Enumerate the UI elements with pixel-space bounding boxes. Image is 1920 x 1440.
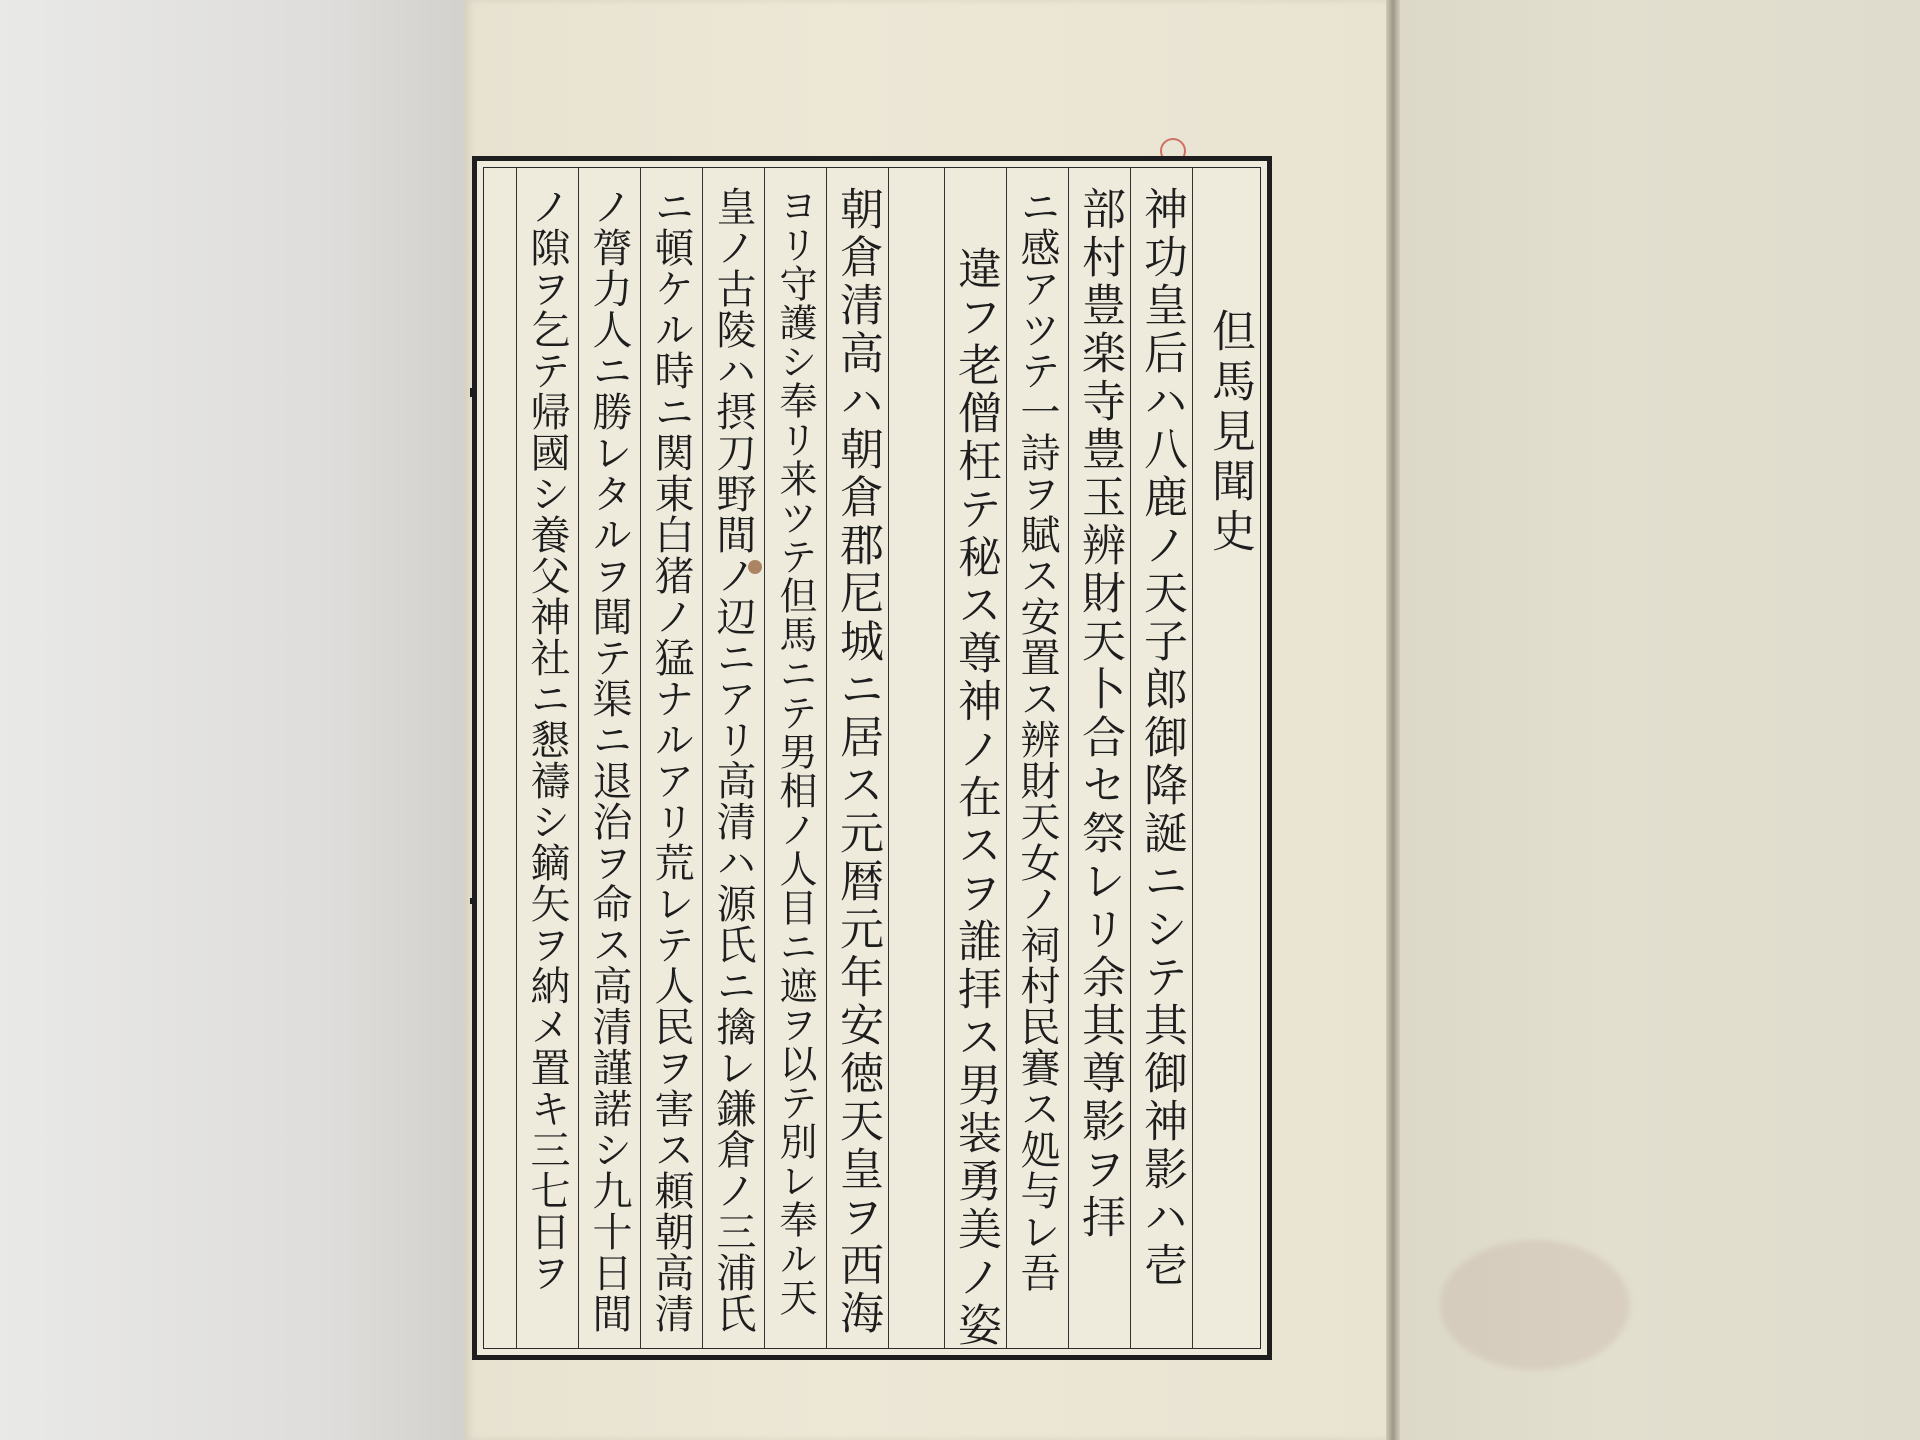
text-frame: 但馬見聞史 神功皇后ハ八鹿ノ天子郎御降誕ニシテ其御神影ハ壱 部村豊楽寺豊玉辨財天… [472,156,1272,1360]
page-title: 但馬見聞史 [1192,168,1260,1348]
blank-column [888,168,944,1348]
text-column-1: 神功皇后ハ八鹿ノ天子郎御降誕ニシテ其御神影ハ壱 [1130,168,1192,1348]
text-column-7: 皇ノ古陵ハ摂刀野間ノ辺ニアリ高清ハ源氏ニ擒レ鎌倉ノ三浦氏 [702,168,764,1348]
text-column-4: 違フ老僧枉テ秘ス尊神ノ在スヲ誰拝ス男装勇美ノ姿 [944,168,1006,1348]
text-column-6: ヨリ守護シ奉リ来ツテ但馬ニテ男相ノ人目ニ遮ヲ以テ別レ奉ル天 [764,168,826,1348]
faded-seal-stamp [1440,1240,1630,1370]
text-column-9: ノ膂力人ニ勝レタルヲ聞テ渠ニ退治ヲ命ス高清謹諾シ九十日間 [578,168,640,1348]
book-gutter [1386,0,1400,1440]
table-surface [0,0,470,1440]
right-page [1400,0,1920,1440]
text-column-8: ニ頓ケル時ニ関東白猪ノ猛ナルアリ荒レテ人民ヲ害ス頼朝高清 [640,168,702,1348]
text-column-2: 部村豊楽寺豊玉辨財天卜合セ祭レリ余其尊影ヲ拝 [1068,168,1130,1348]
text-column-3: ニ感アツテ一詩ヲ賦ス安置ス辨財天女ノ祠村民賽ス処与レ吾 [1006,168,1068,1348]
text-column-5: 朝倉清高ハ朝倉郡尼城ニ居ス元暦元年安徳天皇ヲ西海 [826,168,888,1348]
text-column-10: ノ隙ヲ乞テ帰國シ養父神社ニ懇禱シ鏑矢ヲ納メ置キ三七日ヲ [516,168,578,1348]
text-columns: 但馬見聞史 神功皇后ハ八鹿ノ天子郎御降誕ニシテ其御神影ハ壱 部村豊楽寺豊玉辨財天… [484,168,1260,1348]
paper-stain [748,560,762,574]
text-frame-inner: 但馬見聞史 神功皇后ハ八鹿ノ天子郎御降誕ニシテ其御神影ハ壱 部村豊楽寺豊玉辨財天… [483,167,1261,1349]
